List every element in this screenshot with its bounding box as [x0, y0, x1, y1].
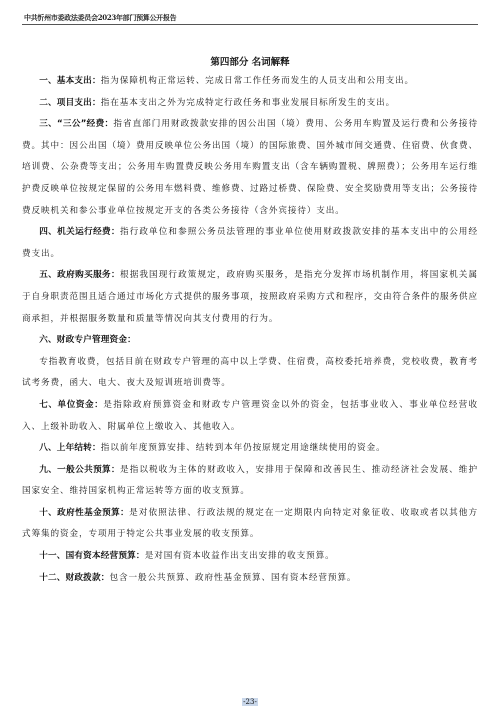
- paragraph-project-expenditure: 二、项目支出：指在基本支出之外为完成特定行政任务和事业发展目标所发生的支出。: [22, 93, 478, 115]
- paragraph-state-capital-budget: 十一、国有资本经营预算：是对国有资本收益作出支出安排的收支预算。: [22, 546, 478, 568]
- term: 七、单位资金：: [39, 400, 103, 410]
- term: 四、机关运行经费：: [39, 227, 120, 237]
- paragraph-fiscal-appropriation: 十二、财政拨款：包含一般公共预算、政府性基金预算、国有资本经营预算。: [22, 568, 478, 590]
- section-title: 第四部分 名词解释: [0, 54, 500, 68]
- page-footer: -23-: [0, 698, 500, 706]
- definition: 指在基本支出之外为完成特定行政任务和事业发展目标所发生的支出。: [101, 98, 395, 108]
- paragraph-three-public-funds: 三、“三公”经费：指省直部门用财政拨款安排的因公出国（境）费用、公务用车购置及运…: [22, 114, 478, 222]
- term: 八、上年结转：: [39, 443, 101, 453]
- header-title: 中共忻州市委政法委员会2023年部门预算公开报告: [24, 13, 176, 23]
- paragraph-unit-funds: 七、单位资金：是指除政府预算资金和财政专户管理资金以外的资金，包括事业收入、事业…: [22, 395, 478, 438]
- term: 十二、财政拨款：: [39, 573, 109, 583]
- definition: 是对国有资本收益作出支出安排的收支预算。: [145, 551, 335, 561]
- term: 三、“三公”经费：: [39, 119, 113, 129]
- definition: 包含一般公共预算、政府性基金预算、国有资本经营预算。: [110, 573, 357, 583]
- paragraph-operating-funds: 四、机关运行经费：指行政单位和参照公务员法管理的事业单位使用财政拨款安排的基本支…: [22, 222, 478, 265]
- paragraph-basic-expenditure: 一、基本支出：指为保障机构正常运转、完成日常工作任务而发生的人员支出和公用支出。: [22, 71, 478, 93]
- definition: 专指教育收费，包括目前在财政专户管理的高中以上学费、住宿费，高校委托培养费，党校…: [22, 357, 478, 389]
- paragraph-carryover: 八、上年结转：指以前年度预算安排、结转到本年仍按原规定用途继续使用的资金。: [22, 438, 478, 460]
- definition: 指以前年度预算安排、结转到本年仍按原规定用途继续使用的资金。: [101, 443, 386, 453]
- paragraph-general-public-budget: 九、一般公共预算：是指以税收为主体的财政收入，安排用于保障和改善民生、推动经济社…: [22, 460, 478, 503]
- definition: 指省直部门用财政拨款安排的因公出国（境）费用、公务用车购置及运行费和公务接待费。…: [22, 119, 478, 215]
- page-header: 中共忻州市委政法委员会2023年部门预算公开报告: [22, 12, 478, 25]
- paragraph-government-procurement: 五、政府购买服务：根据我国现行政策规定，政府购买服务，是指充分发挥市场机制作用，…: [22, 265, 478, 330]
- paragraph-special-account-funds: 六、财政专户管理资金：: [22, 330, 478, 352]
- term: 五、政府购买服务：: [39, 270, 120, 280]
- term: 二、项目支出：: [39, 98, 101, 108]
- term: 十一、国有资本经营预算：: [39, 551, 145, 561]
- term: 九、一般公共预算：: [39, 465, 120, 475]
- page-number: -23-: [242, 698, 258, 706]
- document-body: 一、基本支出：指为保障机构正常运转、完成日常工作任务而发生的人员支出和公用支出。…: [22, 71, 478, 589]
- term: 六、财政专户管理资金：: [39, 335, 136, 345]
- definition: 指为保障机构正常运转、完成日常工作任务而发生的人员支出和公用支出。: [101, 76, 414, 86]
- paragraph-government-fund-budget: 十、政府性基金预算：是对依照法律、行政法规的规定在一定期限内向特定对象征收、收取…: [22, 503, 478, 546]
- term: 十、政府性基金预算：: [39, 508, 129, 518]
- paragraph-special-account-detail: 专指教育收费，包括目前在财政专户管理的高中以上学费、住宿费，高校委托培养费，党校…: [22, 352, 478, 395]
- term: 一、基本支出：: [39, 76, 101, 86]
